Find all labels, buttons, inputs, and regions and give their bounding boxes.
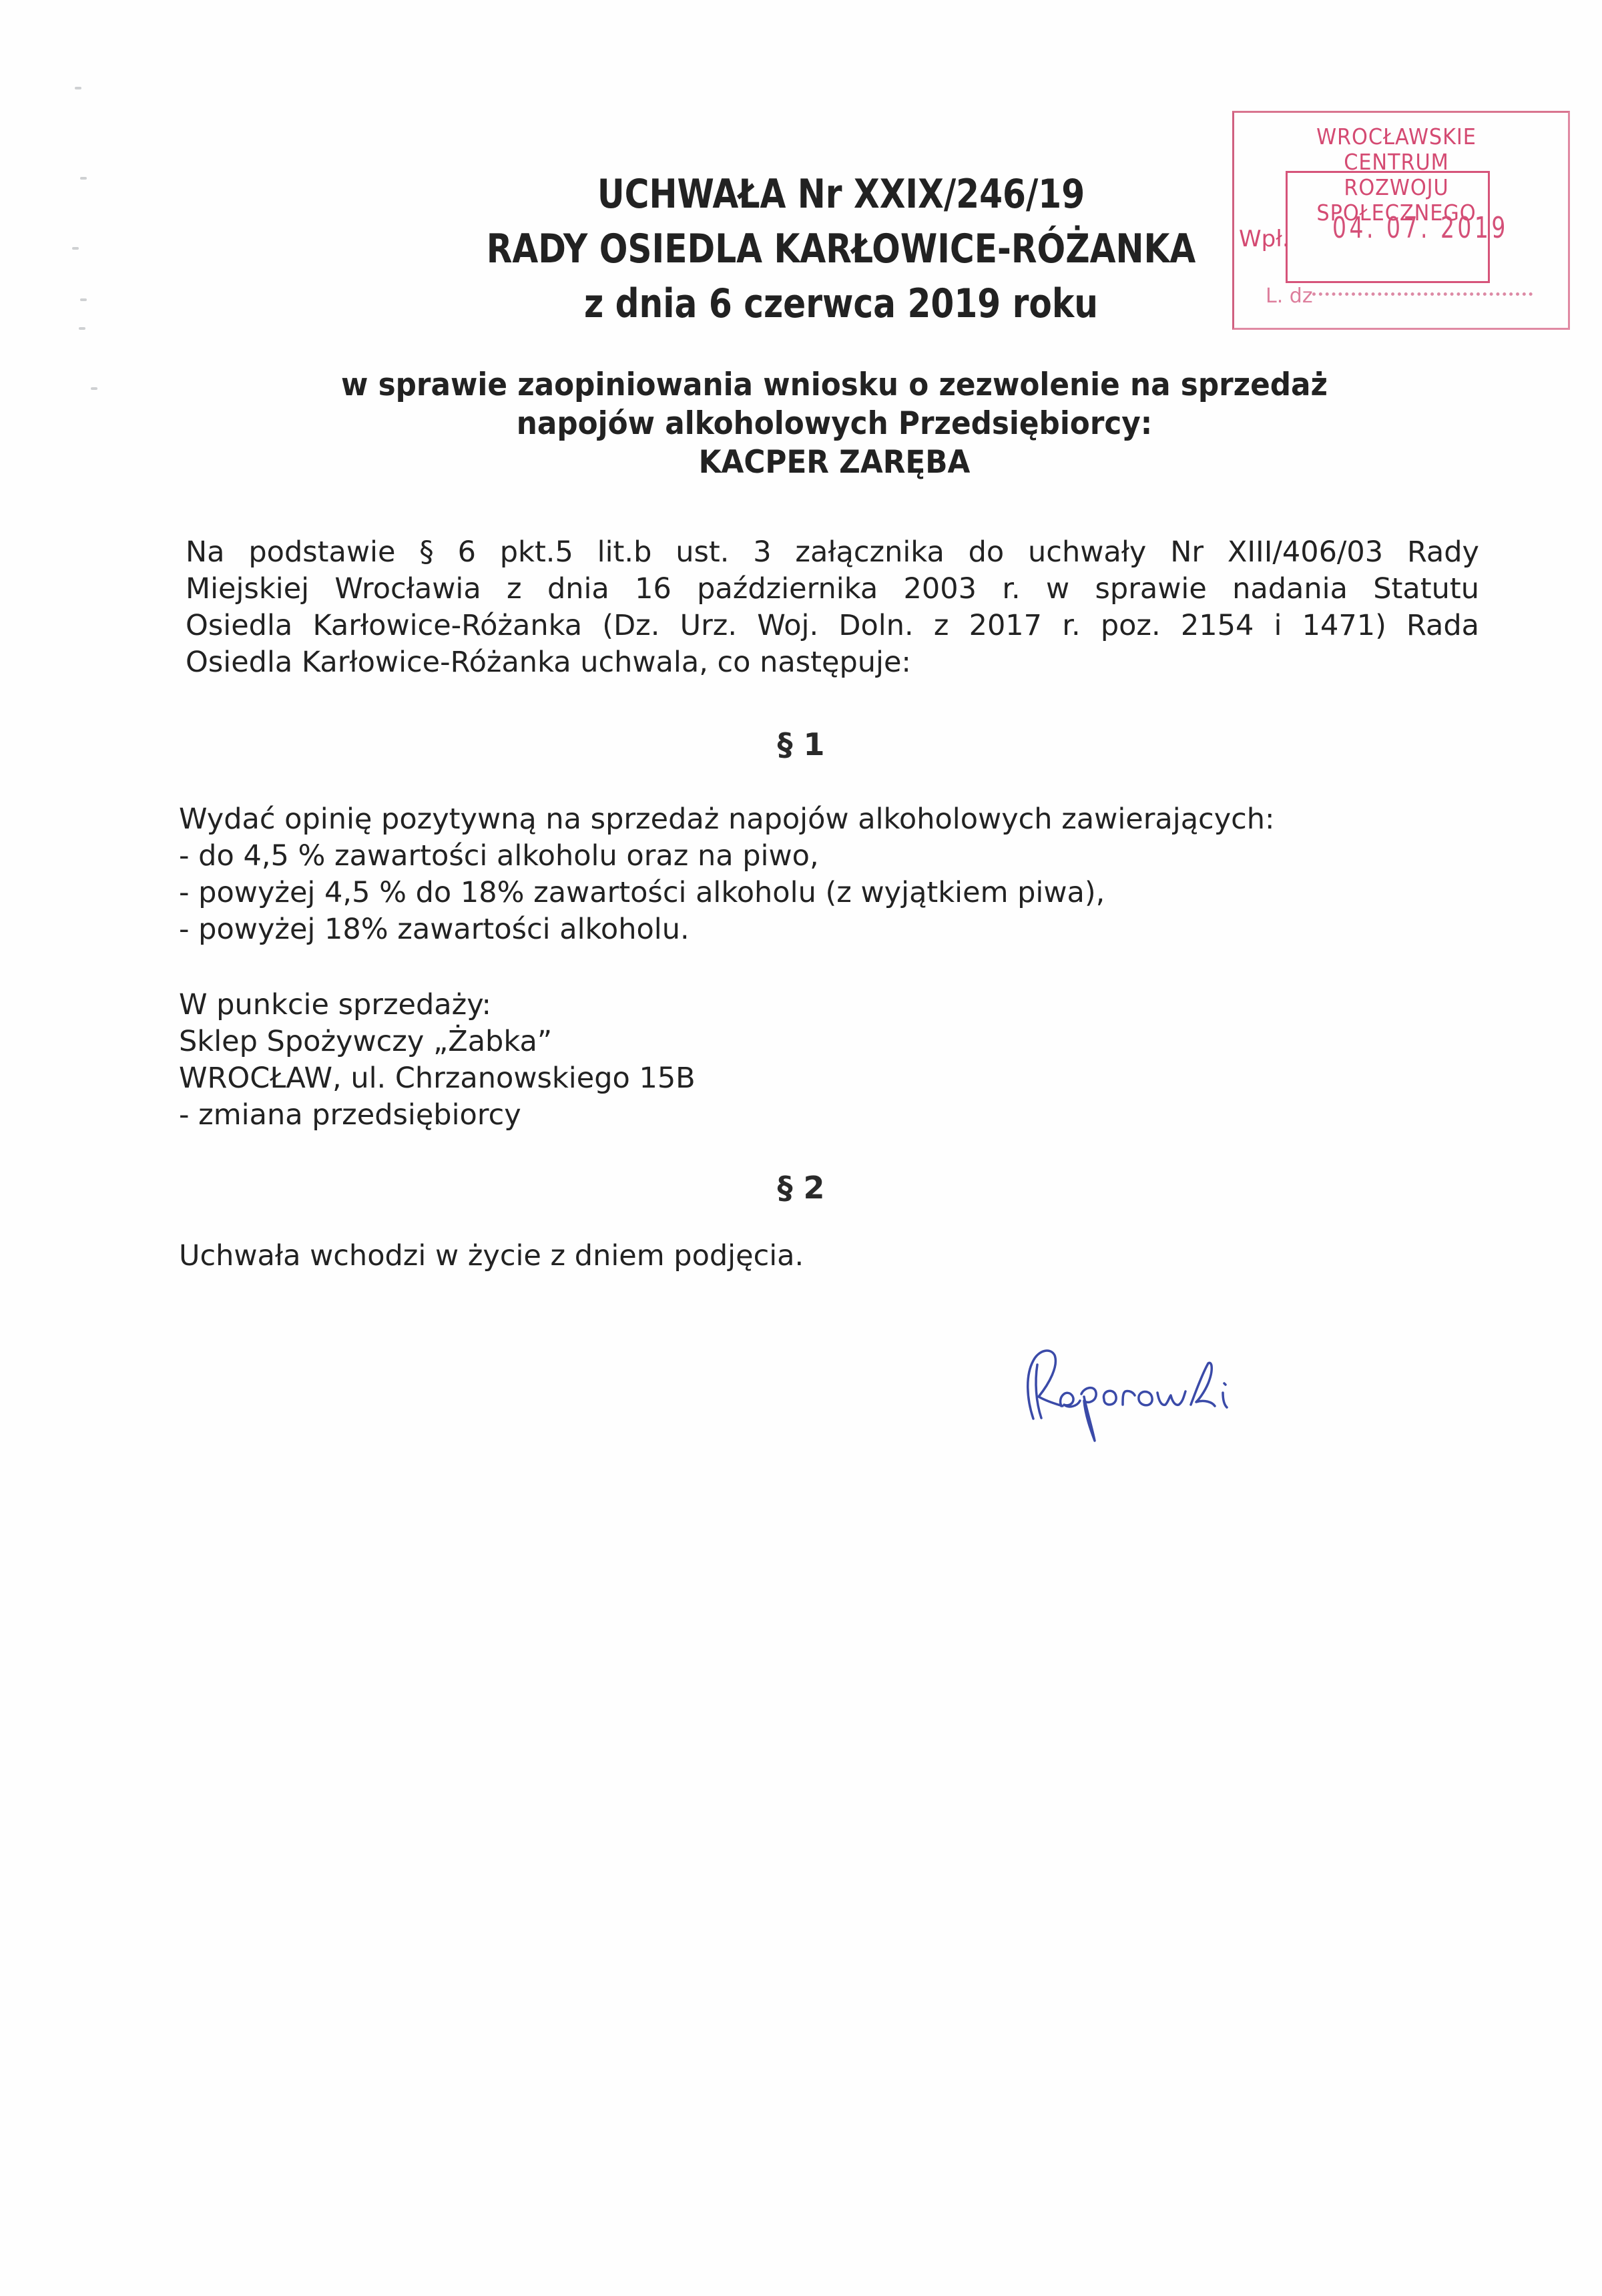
- scan-edge-mark: [75, 87, 81, 89]
- shop-address: WROCŁAW, ul. Chrzanowskiego 15B: [179, 1060, 1447, 1097]
- section-1-intro: Wydać opinię pozytywną na sprzedaż napoj…: [179, 801, 1447, 838]
- legal-basis-line: Na podstawie § 6 pkt.5 lit.b ust. 3 załą…: [186, 534, 1479, 571]
- section-1-body: Wydać opinię pozytywną na sprzedaż napoj…: [179, 801, 1447, 948]
- resolution-subject: w sprawie zaopiniowania wniosku o zezwol…: [200, 366, 1468, 482]
- resolution-number: UCHWAŁA Nr XXIX/246/19: [357, 167, 1326, 222]
- resolution-date: z dnia 6 czerwca 2019 roku: [357, 276, 1326, 331]
- legal-basis-line: Osiedla Karłowice-Różanka (Dz. Urz. Woj.…: [186, 608, 1479, 644]
- scan-edge-mark: [91, 387, 97, 390]
- point-of-sale-label: W punkcie sprzedaży:: [179, 987, 1447, 1023]
- alcohol-category-item: - powyżej 4,5 % do 18% zawartości alkoho…: [179, 875, 1447, 911]
- legal-basis-line: Osiedla Karłowice-Różanka uchwala, co na…: [186, 644, 1479, 681]
- stamp-registry-label: L. dz: [1266, 284, 1313, 308]
- scan-edge-mark: [79, 327, 85, 330]
- scan-edge-mark: [80, 298, 87, 301]
- scan-edge-mark: [80, 177, 87, 180]
- stamp-received-label: Wpł.: [1239, 226, 1290, 252]
- scan-edge-mark: [72, 247, 79, 250]
- section-2-body: Uchwała wchodzi w życie z dniem podjęcia…: [179, 1238, 1447, 1275]
- change-note: - zmiana przedsiębiorcy: [179, 1097, 1447, 1134]
- council-name: RADY OSIEDLA KARŁOWICE-RÓŻANKA: [357, 222, 1326, 276]
- entrepreneur-name: KACPER ZARĘBA: [245, 443, 1424, 482]
- shop-name: Sklep Spożywczy „Żabka”: [179, 1023, 1447, 1060]
- subject-line: w sprawie zaopiniowania wniosku o zezwol…: [245, 366, 1424, 405]
- subject-line: napojów alkoholowych Przedsiębiorcy:: [245, 405, 1424, 443]
- alcohol-category-item: - powyżej 18% zawartości alkoholu.: [179, 911, 1447, 948]
- alcohol-category-item: - do 4,5 % zawartości alkoholu oraz na p…: [179, 838, 1447, 875]
- section-2-mark: § 2: [734, 1170, 868, 1206]
- legal-basis-line: Miejskiej Wrocławia z dnia 16 październi…: [186, 571, 1479, 608]
- section-1-mark: § 1: [734, 726, 868, 762]
- document-page: UCHWAŁA Nr XXIX/246/19 RADY OSIEDLA KARŁ…: [0, 0, 1602, 2296]
- stamp-received-date: 04. 07. 2019: [1332, 211, 1509, 245]
- received-stamp: WROCŁAWSKIE CENTRUM ROZWOJU SPOŁECZNEGO …: [1232, 111, 1574, 331]
- point-of-sale: W punkcie sprzedaży: Sklep Spożywczy „Ża…: [179, 987, 1447, 1134]
- resolution-title: UCHWAŁA Nr XXIX/246/19 RADY OSIEDLA KARŁ…: [320, 167, 1362, 331]
- effective-date-text: Uchwała wchodzi w życie z dniem podjęcia…: [179, 1238, 1447, 1275]
- stamp-org-line: WROCŁAWSKIE CENTRUM: [1262, 124, 1532, 175]
- stamp-registry-dotted-line: [1312, 292, 1533, 296]
- legal-basis-paragraph: Na podstawie § 6 pkt.5 lit.b ust. 3 załą…: [186, 534, 1479, 681]
- signature-icon: [1015, 1335, 1295, 1449]
- handwritten-signature: [1015, 1335, 1295, 1449]
